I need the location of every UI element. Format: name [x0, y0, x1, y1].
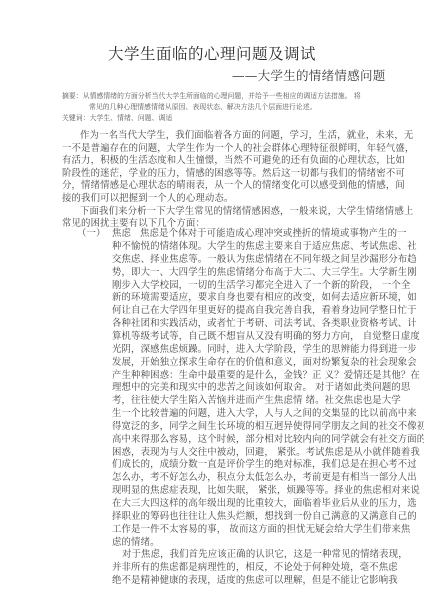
section-line: 刚步入大学校园，一切的生活学习都完全进入了一个新的阶段， 一个全	[112, 280, 410, 292]
section-line: 新的环境需要适应，要求自身也要有相应的改变，如何去适应新环境，如	[112, 292, 417, 304]
section-line: 怎么办，考不好怎么办，积点分太低怎么办，考前更是有相当一部分人出	[112, 472, 417, 484]
section-line: 工作是一件不太容易的事， 故而这方面的担忧无疑会给大学生们带来焦	[112, 524, 410, 536]
section-heading: 焦虑	[112, 228, 131, 240]
body-line: 阶段性的迷茫，学业的压力，情感的困惑等等。然后这一切都与我们的情绪密不可	[62, 168, 405, 180]
body-line: 作为一名当代大学生，我们面临着各方面的问题，学习，生活，就业，未来，无	[80, 130, 413, 142]
body-line: 下面我们来分析一下大学生常见的情绪情感困惑，一般来说，大学生情绪情感上	[80, 206, 413, 218]
section-line: 对于焦虑，我们首先应该正确的认识它，这是一种常见的情绪表现，	[122, 549, 408, 561]
document-subtitle: ——大学生的情绪情感问题	[232, 66, 386, 84]
section-line: 产生种种困惑：生命中最重要的是什么，金钱？正 义？爱情还是其他？在	[112, 370, 420, 382]
section-line: 择职业的筹码也往往让人焦头烂额，想找到一份自己满意的又满意自己的	[112, 511, 417, 523]
section-line: 发展，开始独立探求生命存在的价值和意义，面对纷繁复杂的社会现象会	[112, 357, 417, 369]
section-line: 种不愉悦的情绪体现。大学生的焦虑主要来自于适应焦虑、考试焦虑、社	[112, 241, 417, 253]
section-line: 势，即大一、大四学生的焦虑情绪分布高于大二、大三学生。大学新生刚	[112, 267, 417, 279]
section-line: 高中来得那么容易，这个时候，部分相对比较内向的同学就会有社交方面的	[112, 434, 424, 446]
section-line: 并非所有的焦虑都是病理性的，相反，不论处于何种处境，毫不焦虑	[112, 562, 398, 574]
section-line: 生一个比较普遍的问题，进入大学，人与人之间的交集显的比以前高中来	[112, 408, 417, 420]
keywords-line: 关键词：大学生、情绪、问题、调适	[62, 112, 172, 124]
document-title: 大学生面临的心理问题及调试	[0, 42, 424, 64]
body-line: 一不是普遍存在的问题，大学生作为一个人的社会群体心理特征很鲜明，年轻气盛，	[62, 143, 414, 155]
section-line: 算机等级考试等，自己既不想盲从又没有明确的努力方向， 自觉整日虚度	[112, 331, 420, 343]
section-line: 在大三大四这样的高年级出现的比重较大，面临着毕业后从业的压力，选	[112, 498, 417, 510]
section-line: 各种社团和实践活动，或者忙于考研、司法考试、各类职业资格考试、计	[112, 318, 417, 330]
section-marker: （一）	[77, 228, 106, 240]
section-line: 光阴，深感焦虑烦躁。同时，进入大学阶段，学生的思辨能力得到进一步	[112, 344, 417, 356]
body-line: 分，情绪情感是心理状态的晴雨表，从一个人的情绪变化可以感受到他的情感，间	[62, 180, 405, 192]
section-line: 虑的情绪。	[112, 537, 160, 549]
section-line: 们成长的，成绩分数一直是评价学生的绝对标准，我们总是在担心考不过	[112, 459, 417, 471]
body-line: 有活力，积极的生活态度和人生憧憬，当然不可避免的还有负面的心理状态，比如	[62, 155, 405, 167]
section-line: 现明显的焦虑症表现，比如失眠， 紧张，烦躁等等。择业的焦虑相对来说	[112, 485, 420, 497]
section-line: 理想中的完美和现实中的悲苦之间该如何取舍。 对于诸如此类问题的思	[112, 382, 410, 394]
document-page: 大学生面临的心理问题及调试 ——大学生的情绪情感问题 摘要：从情感情绪的方面分析…	[0, 0, 424, 600]
section-line: 何让自己在大学四年里更好的提高自我完善自我，看着身边同学整日忙于	[112, 305, 417, 317]
section-line: 困惑，表现为与人交往中被动，回避， 紧张。考试焦虑是从小就伴随着我	[112, 447, 420, 459]
body-line: 接的我们可以把握到一个人的心理动态。	[62, 193, 233, 205]
section-line: 考，往往使大学生陷入苦恼并进而产生焦虑情 绪。社交焦虑也是大学	[112, 395, 401, 407]
section-line: 得宽泛的多，同学之间生长环境的相互迥异使得同学朋友之间的社交不像初	[112, 421, 424, 433]
section-first-line: 焦虑是个体对于可能造成心理冲突或挫折的情境或事物产生的一	[140, 228, 407, 240]
section-line: 交焦虑、择业焦虑等。一般认为焦虑情绪在不同年级之间呈沙漏形分布趋	[112, 254, 417, 266]
section-line: 绝不是精神健康的表现，适度的焦虑可以理解，但是不能让它影响我	[112, 575, 398, 587]
